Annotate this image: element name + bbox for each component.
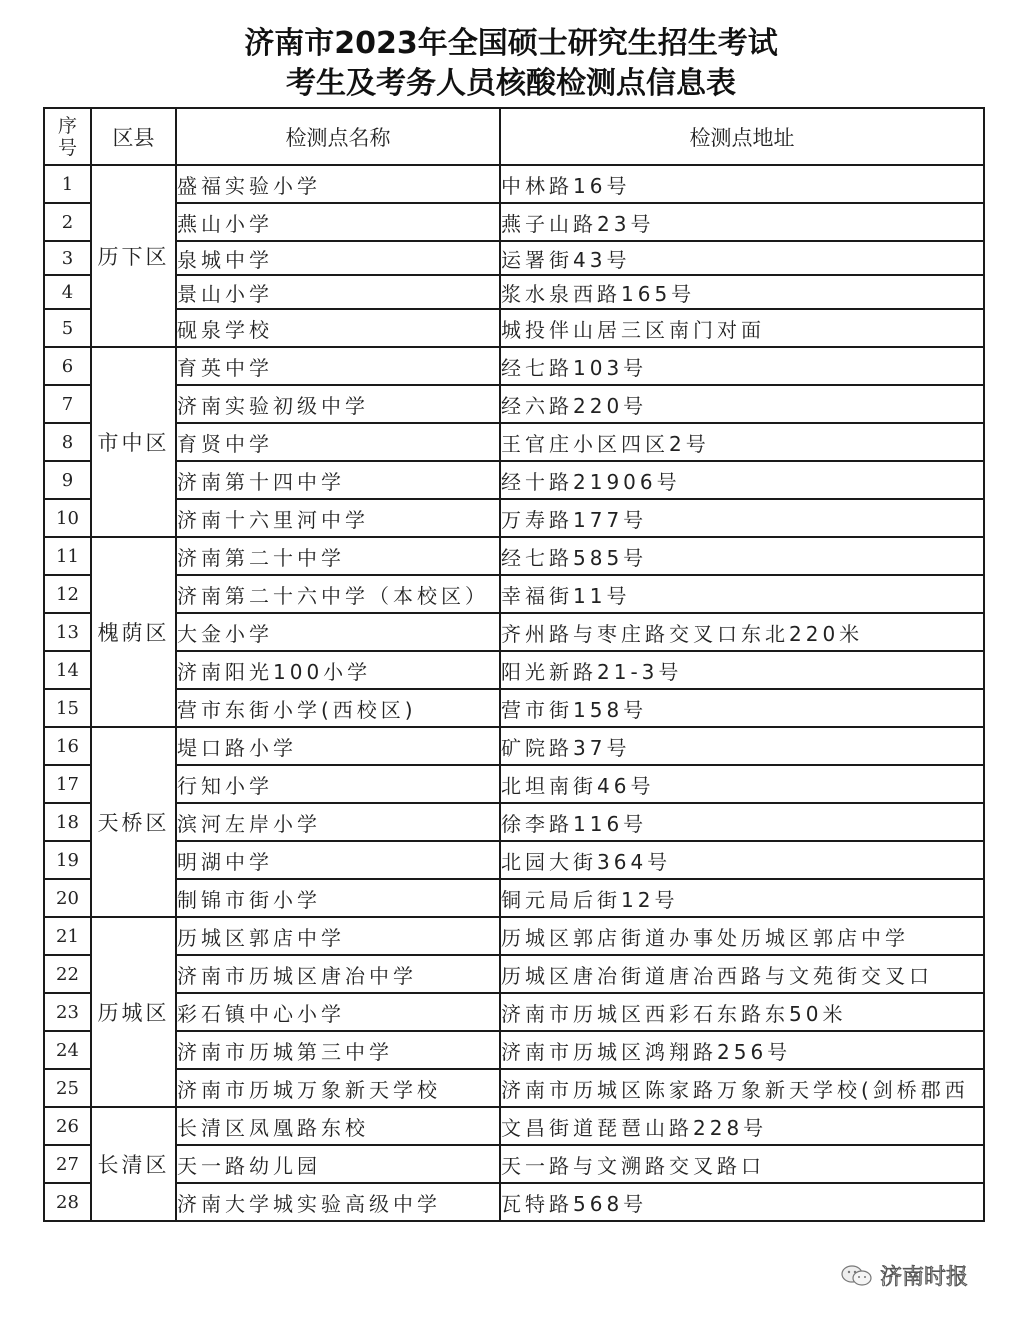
- cell-site-address: 中林路16号: [500, 165, 984, 203]
- cell-district: 市中区: [91, 347, 176, 537]
- cell-site-address: 济南市历城区鸿翔路256号: [500, 1031, 984, 1069]
- cell-site-address: 瓦特路568号: [500, 1183, 984, 1221]
- table-row: 3泉城中学运署街43号: [44, 241, 984, 275]
- document-title-line-2: 考生及考务人员核酸检测点信息表: [0, 58, 1022, 102]
- cell-district: 历城区: [91, 917, 176, 1107]
- cell-seq: 8: [44, 423, 91, 461]
- table-row: 19明湖中学北园大街364号: [44, 841, 984, 879]
- table-row: 16天桥区堤口路小学矿院路37号: [44, 727, 984, 765]
- table-row: 25济南市历城万象新天学校济南市历城区陈家路万象新天学校(剑桥郡西: [44, 1069, 984, 1107]
- table-row: 18滨河左岸小学徐李路116号: [44, 803, 984, 841]
- table-row: 9济南第十四中学经十路21906号: [44, 461, 984, 499]
- cell-seq: 14: [44, 651, 91, 689]
- table-row: 8育贤中学王官庄小区四区2号: [44, 423, 984, 461]
- testing-sites-table: 序号 区县 检测点名称 检测点地址 1历下区盛福实验小学中林路16号2燕山小学燕…: [43, 107, 985, 1222]
- table-row: 22济南市历城区唐冶中学历城区唐冶街道唐冶西路与文苑街交叉口: [44, 955, 984, 993]
- table-row: 27天一路幼儿园天一路与文溯路交叉路口: [44, 1145, 984, 1183]
- header-site-address: 检测点地址: [500, 108, 984, 165]
- table-row: 10济南十六里河中学万寿路177号: [44, 499, 984, 537]
- cell-site-name: 彩石镇中心小学: [176, 993, 500, 1031]
- cell-site-address: 经七路585号: [500, 537, 984, 575]
- cell-seq: 20: [44, 879, 91, 917]
- cell-seq: 1: [44, 165, 91, 203]
- cell-site-address: 城投伴山居三区南门对面: [500, 309, 984, 347]
- cell-seq: 18: [44, 803, 91, 841]
- cell-site-name: 育贤中学: [176, 423, 500, 461]
- cell-seq: 3: [44, 241, 91, 275]
- cell-site-address: 幸福街11号: [500, 575, 984, 613]
- cell-site-address: 天一路与文溯路交叉路口: [500, 1145, 984, 1183]
- cell-district: 槐荫区: [91, 537, 176, 727]
- cell-seq: 4: [44, 275, 91, 309]
- table-row: 4景山小学浆水泉西路165号: [44, 275, 984, 309]
- cell-district: 历下区: [91, 165, 176, 347]
- cell-district: 长清区: [91, 1107, 176, 1221]
- cell-site-name: 大金小学: [176, 613, 500, 651]
- cell-site-name: 堤口路小学: [176, 727, 500, 765]
- cell-site-address: 营市街158号: [500, 689, 984, 727]
- cell-site-name: 济南阳光100小学: [176, 651, 500, 689]
- cell-site-name: 济南第十四中学: [176, 461, 500, 499]
- cell-seq: 7: [44, 385, 91, 423]
- table-row: 26长清区长清区凤凰路东校文昌街道琵琶山路228号: [44, 1107, 984, 1145]
- cell-site-address: 济南市历城区西彩石东路东50米: [500, 993, 984, 1031]
- cell-seq: 26: [44, 1107, 91, 1145]
- cell-seq: 2: [44, 203, 91, 241]
- table-row: 13大金小学齐州路与枣庄路交叉口东北220米: [44, 613, 984, 651]
- table-row: 6市中区育英中学经七路103号: [44, 347, 984, 385]
- cell-seq: 5: [44, 309, 91, 347]
- cell-site-name: 济南十六里河中学: [176, 499, 500, 537]
- cell-site-name: 济南实验初级中学: [176, 385, 500, 423]
- cell-site-address: 经十路21906号: [500, 461, 984, 499]
- table-row: 7济南实验初级中学经六路220号: [44, 385, 984, 423]
- table-row: 1历下区盛福实验小学中林路16号: [44, 165, 984, 203]
- header-seq: 序号: [44, 108, 91, 165]
- cell-seq: 25: [44, 1069, 91, 1107]
- cell-site-name: 行知小学: [176, 765, 500, 803]
- cell-site-name: 济南市历城万象新天学校: [176, 1069, 500, 1107]
- cell-district: 天桥区: [91, 727, 176, 917]
- cell-seq: 13: [44, 613, 91, 651]
- cell-site-address: 阳光新路21-3号: [500, 651, 984, 689]
- cell-site-name: 济南市历城区唐冶中学: [176, 955, 500, 993]
- cell-seq: 6: [44, 347, 91, 385]
- table-row: 14济南阳光100小学阳光新路21-3号: [44, 651, 984, 689]
- table-row: 11槐荫区济南第二十中学经七路585号: [44, 537, 984, 575]
- cell-site-name: 滨河左岸小学: [176, 803, 500, 841]
- cell-site-name: 盛福实验小学: [176, 165, 500, 203]
- table-row: 20制锦市街小学铜元局后街12号: [44, 879, 984, 917]
- cell-site-address: 王官庄小区四区2号: [500, 423, 984, 461]
- cell-site-name: 育英中学: [176, 347, 500, 385]
- cell-site-address: 北园大街364号: [500, 841, 984, 879]
- cell-site-address: 北坦南街46号: [500, 765, 984, 803]
- table-row: 24济南市历城第三中学济南市历城区鸿翔路256号: [44, 1031, 984, 1069]
- header-site-name: 检测点名称: [176, 108, 500, 165]
- cell-site-name: 营市东街小学(西校区): [176, 689, 500, 727]
- wechat-icon: [840, 1264, 874, 1288]
- cell-site-address: 徐李路116号: [500, 803, 984, 841]
- cell-site-name: 泉城中学: [176, 241, 500, 275]
- cell-site-name: 制锦市街小学: [176, 879, 500, 917]
- cell-site-address: 运署街43号: [500, 241, 984, 275]
- cell-site-name: 历城区郭店中学: [176, 917, 500, 955]
- cell-seq: 21: [44, 917, 91, 955]
- cell-site-name: 景山小学: [176, 275, 500, 309]
- cell-site-address: 铜元局后街12号: [500, 879, 984, 917]
- table-row: 5砚泉学校城投伴山居三区南门对面: [44, 309, 984, 347]
- cell-seq: 9: [44, 461, 91, 499]
- cell-site-address: 经六路220号: [500, 385, 984, 423]
- cell-seq: 23: [44, 993, 91, 1031]
- watermark: 济南时报: [840, 1260, 968, 1291]
- cell-site-address: 济南市历城区陈家路万象新天学校(剑桥郡西: [500, 1069, 984, 1107]
- cell-site-address: 矿院路37号: [500, 727, 984, 765]
- cell-site-name: 明湖中学: [176, 841, 500, 879]
- cell-site-address: 历城区郭店街道办事处历城区郭店中学: [500, 917, 984, 955]
- cell-site-name: 济南市历城第三中学: [176, 1031, 500, 1069]
- cell-seq: 11: [44, 537, 91, 575]
- document-title-line-1: 济南市2023年全国硕士研究生招生考试: [0, 18, 1022, 62]
- cell-seq: 27: [44, 1145, 91, 1183]
- cell-site-name: 济南第二十六中学（本校区）: [176, 575, 500, 613]
- cell-seq: 28: [44, 1183, 91, 1221]
- cell-site-name: 济南大学城实验高级中学: [176, 1183, 500, 1221]
- cell-seq: 19: [44, 841, 91, 879]
- table-row: 23彩石镇中心小学济南市历城区西彩石东路东50米: [44, 993, 984, 1031]
- table-header-row: 序号 区县 检测点名称 检测点地址: [44, 108, 984, 165]
- cell-site-address: 万寿路177号: [500, 499, 984, 537]
- cell-seq: 16: [44, 727, 91, 765]
- cell-site-name: 长清区凤凰路东校: [176, 1107, 500, 1145]
- table-row: 17行知小学北坦南街46号: [44, 765, 984, 803]
- table-row: 2燕山小学燕子山路23号: [44, 203, 984, 241]
- cell-site-address: 燕子山路23号: [500, 203, 984, 241]
- cell-site-name: 天一路幼儿园: [176, 1145, 500, 1183]
- cell-seq: 22: [44, 955, 91, 993]
- cell-site-address: 浆水泉西路165号: [500, 275, 984, 309]
- cell-seq: 10: [44, 499, 91, 537]
- cell-site-address: 齐州路与枣庄路交叉口东北220米: [500, 613, 984, 651]
- cell-site-name: 砚泉学校: [176, 309, 500, 347]
- cell-site-address: 文昌街道琵琶山路228号: [500, 1107, 984, 1145]
- cell-seq: 17: [44, 765, 91, 803]
- cell-site-address: 经七路103号: [500, 347, 984, 385]
- header-district: 区县: [91, 108, 176, 165]
- table-row: 28济南大学城实验高级中学瓦特路568号: [44, 1183, 984, 1221]
- cell-seq: 12: [44, 575, 91, 613]
- cell-seq: 15: [44, 689, 91, 727]
- cell-seq: 24: [44, 1031, 91, 1069]
- watermark-text: 济南时报: [880, 1260, 968, 1291]
- table-row: 12济南第二十六中学（本校区）幸福街11号: [44, 575, 984, 613]
- cell-site-name: 燕山小学: [176, 203, 500, 241]
- cell-site-address: 历城区唐冶街道唐冶西路与文苑街交叉口: [500, 955, 984, 993]
- table-row: 21历城区历城区郭店中学历城区郭店街道办事处历城区郭店中学: [44, 917, 984, 955]
- cell-site-name: 济南第二十中学: [176, 537, 500, 575]
- table-row: 15营市东街小学(西校区)营市街158号: [44, 689, 984, 727]
